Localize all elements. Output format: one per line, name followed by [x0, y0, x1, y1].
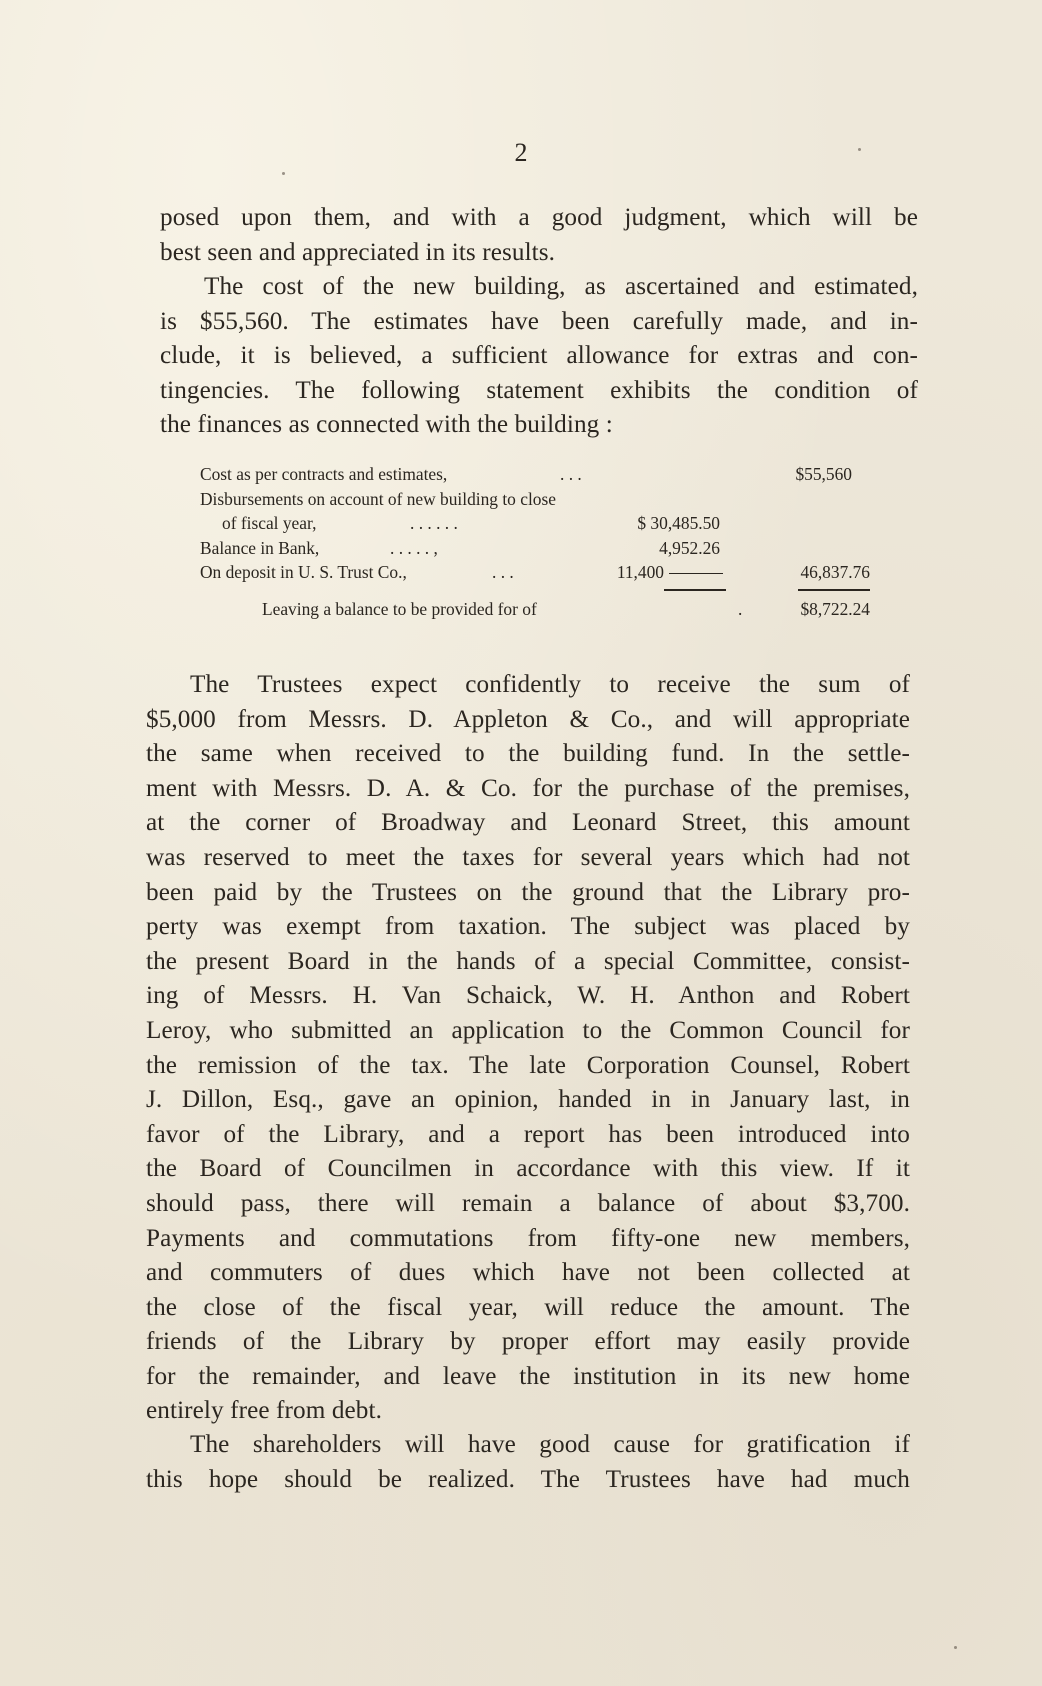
sum-rule — [664, 589, 726, 591]
statement-row-total: Leaving a balance to be provided for of … — [200, 597, 870, 622]
sum-rules — [200, 585, 870, 597]
text-line: this hope should be realized. The Truste… — [146, 1463, 910, 1498]
text-line: Payments and commutations from fifty-one… — [146, 1222, 910, 1257]
text-line: entirely free from debt. — [146, 1394, 910, 1429]
text-line: favor of the Library, and a report has b… — [146, 1118, 910, 1153]
paper-speck — [858, 148, 861, 151]
sum-rule — [798, 589, 870, 591]
text-line: The shareholders will have good cause fo… — [146, 1428, 910, 1463]
statement-row-disbursements: Disbursements on account of new building… — [200, 487, 870, 512]
page-number: 2 — [0, 138, 1042, 168]
statement-row-fiscal-year: of fiscal year, . . . . . . $ 30,485.50 — [200, 511, 870, 536]
text-line: the remission of the tax. The late Corpo… — [146, 1049, 910, 1084]
statement-row-trust: On deposit in U. S. Trust Co., . . . 11,… — [200, 560, 870, 585]
document-page: 2 posed upon them, and with a good judgm… — [0, 0, 1042, 1686]
paragraph-shareholders: The shareholders will have good cause fo… — [146, 1428, 910, 1497]
statement-value: 46,837.76 — [800, 560, 870, 585]
text-line: friends of the Library by proper effort … — [146, 1325, 910, 1360]
text-line: been paid by the Trustees on the ground … — [146, 876, 910, 911]
leader-dots: . . . — [560, 462, 582, 487]
text-line: The cost of the new building, as ascerta… — [160, 270, 918, 305]
statement-value: 11,400 — [617, 560, 664, 585]
leader-dots: . — [738, 597, 742, 622]
statement-label: of fiscal year, — [222, 511, 316, 536]
text-line: posed upon them, and with a good judgmen… — [160, 201, 918, 236]
text-line: ing of Messrs. H. Van Schaick, W. H. Ant… — [146, 979, 910, 1014]
statement-row-cost: Cost as per contracts and estimates, . .… — [200, 462, 870, 487]
text-line: the present Board in the hands of a spec… — [146, 945, 910, 980]
statement-label: Cost as per contracts and estimates, — [200, 462, 447, 487]
text-line: the close of the fiscal year, will reduc… — [146, 1291, 910, 1326]
statement-value: $ 30,485.50 — [637, 511, 720, 536]
text-line: should pass, there will remain a balance… — [146, 1187, 910, 1222]
leader-dots: . . . . . . — [410, 511, 458, 536]
text-line: $5,000 from Messrs. D. Appleton & Co., a… — [146, 703, 910, 738]
paper-speck — [282, 172, 285, 175]
paragraph-continuation: posed upon them, and with a good judgmen… — [160, 201, 918, 270]
statement-value: $55,560 — [795, 462, 852, 487]
text-line: the Board of Councilmen in accordance wi… — [146, 1152, 910, 1187]
text-line: the finances as connected with the build… — [160, 408, 918, 443]
paragraph-cost: The cost of the new building, as ascerta… — [160, 270, 918, 443]
connecting-rule — [669, 573, 723, 574]
text-line: is $55,560. The estimates have been care… — [160, 305, 918, 340]
statement-label: Leaving a balance to be provided for of — [262, 597, 537, 622]
text-line: ment with Messrs. D. A. & Co. for the pu… — [146, 772, 910, 807]
statement-row-bank: Balance in Bank, . . . . . , 4,952.26 — [200, 536, 870, 561]
text-line: best seen and appreciated in its results… — [160, 236, 918, 271]
statement-total-value: $8,722.24 — [800, 597, 870, 622]
leader-dots: . . . . . , — [390, 536, 438, 561]
statement-value: 4,952.26 — [659, 536, 720, 561]
text-line: tingencies. The following statement exhi… — [160, 374, 918, 409]
financial-statement: Cost as per contracts and estimates, . .… — [200, 462, 870, 621]
statement-label: Disbursements on account of new building… — [200, 487, 556, 512]
statement-label: On deposit in U. S. Trust Co., — [200, 560, 407, 585]
text-line: clude, it is believed, a sufficient allo… — [160, 339, 918, 374]
leader-dots: . . . — [492, 560, 514, 585]
text-line: perty was exempt from taxation. The subj… — [146, 910, 910, 945]
text-line: Leroy, who submitted an application to t… — [146, 1014, 910, 1049]
text-line: and commuters of dues which have not bee… — [146, 1256, 910, 1291]
text-line: J. Dillon, Esq., gave an opinion, handed… — [146, 1083, 910, 1118]
text-line: for the remainder, and leave the institu… — [146, 1360, 910, 1395]
statement-label: Balance in Bank, — [200, 536, 319, 561]
text-line: The Trustees expect confidently to recei… — [146, 668, 910, 703]
paragraph-trustees: The Trustees expect confidently to recei… — [146, 668, 910, 1429]
paper-speck — [954, 1646, 957, 1649]
text-line: at the corner of Broadway and Leonard St… — [146, 806, 910, 841]
text-line: the same when received to the building f… — [146, 737, 910, 772]
text-line: was reserved to meet the taxes for sever… — [146, 841, 910, 876]
